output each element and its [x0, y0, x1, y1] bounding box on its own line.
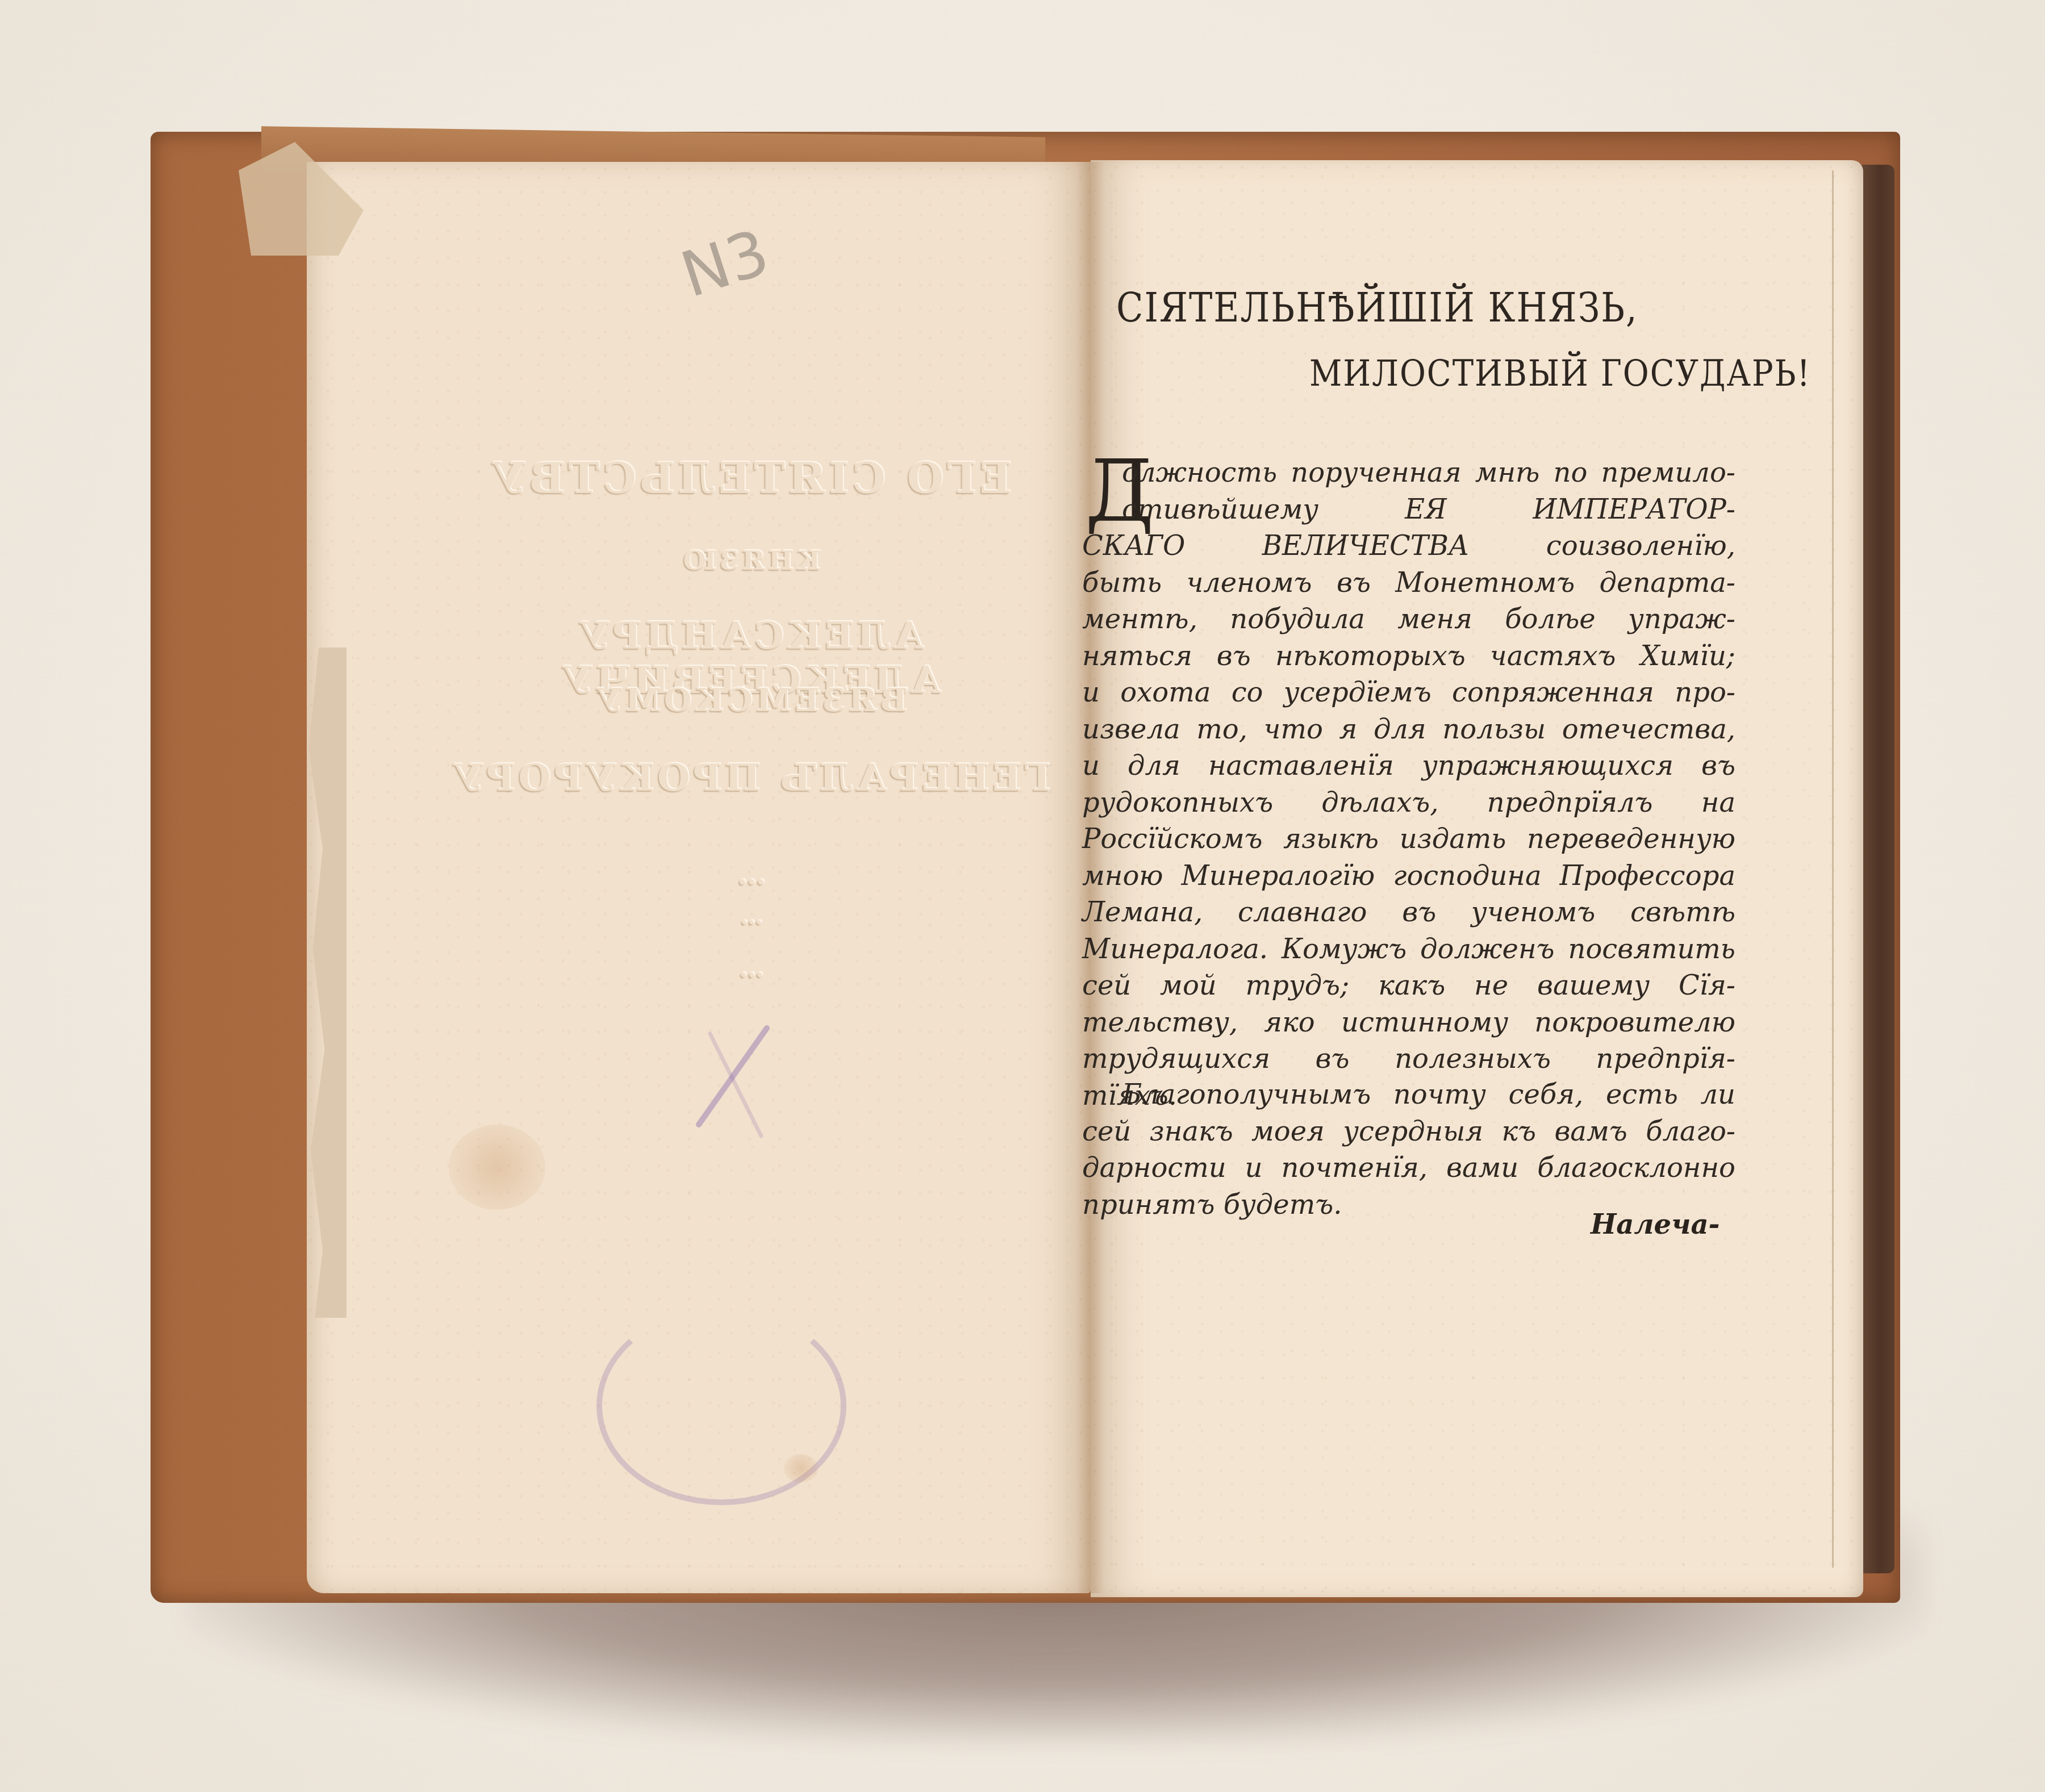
text-line: тельству, яко истинному покровителю [1082, 1004, 1735, 1041]
text-line: и охота со усердїемъ сопряженная про- [1082, 674, 1735, 711]
catchword: Налеча- [1591, 1209, 1720, 1240]
show-through-line: … [432, 954, 1068, 983]
text-line: и для наставленїя упражняющихся въ [1082, 747, 1735, 784]
show-through-line: КНЯЗЮ [432, 545, 1068, 576]
text-line: ментѣ, побудила меня болѣе упраж- [1082, 601, 1735, 638]
fore-edge [1832, 170, 1834, 1568]
foxing-stain [449, 1125, 545, 1210]
text-line: дарности и почтенїя, вами благосклонно [1082, 1150, 1735, 1187]
text-line: извела то, что я для пользы отечества, [1082, 711, 1735, 748]
show-through-line: … [432, 858, 1068, 891]
text-line: мною Минералогїю господина Профессора [1082, 858, 1735, 895]
text-line: сей знакъ моея усердныя къ вамъ благо- [1082, 1113, 1735, 1150]
show-through-line: ЕГО СІЯТЕЛЬСТВУ [432, 454, 1068, 503]
text-line: рудокопныхъ дѣлахъ, предпрїялъ на [1082, 784, 1735, 821]
text-line: быть членомъ въ Монетномъ департа- [1082, 565, 1735, 601]
dedication-salutation: МИЛОСТИВЫЙ ГОСУДАРЬ! [1309, 352, 1811, 395]
dedication-heading: СІЯТЕЛЬНѢЙШІЙ КНЯЗЬ, [1116, 284, 1638, 332]
text-line: Россїйскомъ языкѣ издать переведенную [1082, 821, 1735, 858]
text-line: трудящихся въ полезныхъ предпрїя- [1082, 1041, 1735, 1077]
text-line: олжность порученная мнѣ по премило- [1082, 454, 1735, 491]
show-through-line: ВЯЗЕМСКОМУ [432, 682, 1068, 719]
stamp-cross-icon [676, 1022, 790, 1147]
foxing-stain [784, 1454, 818, 1482]
text-line: Лемана, славнаго въ ученомъ свѣтѣ [1082, 894, 1735, 931]
text-line: сей мой трудъ; какъ не вашему Сїя- [1082, 967, 1735, 1004]
dedication-paragraph-1: олжность порученная мнѣ по премило- стив… [1082, 454, 1735, 1114]
text-line: СКАГО ВЕЛИЧЕСТВА соизволенїю, [1082, 528, 1735, 565]
show-through-line: … [432, 903, 1068, 930]
text-line: Благополучнымъ почту себя, есть ли [1082, 1076, 1735, 1113]
text-line: Минералога. Комужъ долженъ посвятить [1082, 931, 1735, 968]
text-line: стивѣйшему ЕЯ ИМПЕРАТОР- [1082, 491, 1735, 528]
show-through-line: ГЕНЕРАЛЪ ПРОКУРОРУ [432, 755, 1068, 800]
dedication-paragraph-2: Благополучнымъ почту себя, есть ли сей з… [1082, 1076, 1735, 1223]
text-line: няться въ нѣкоторыхъ частяхъ Химїи; [1082, 638, 1735, 675]
